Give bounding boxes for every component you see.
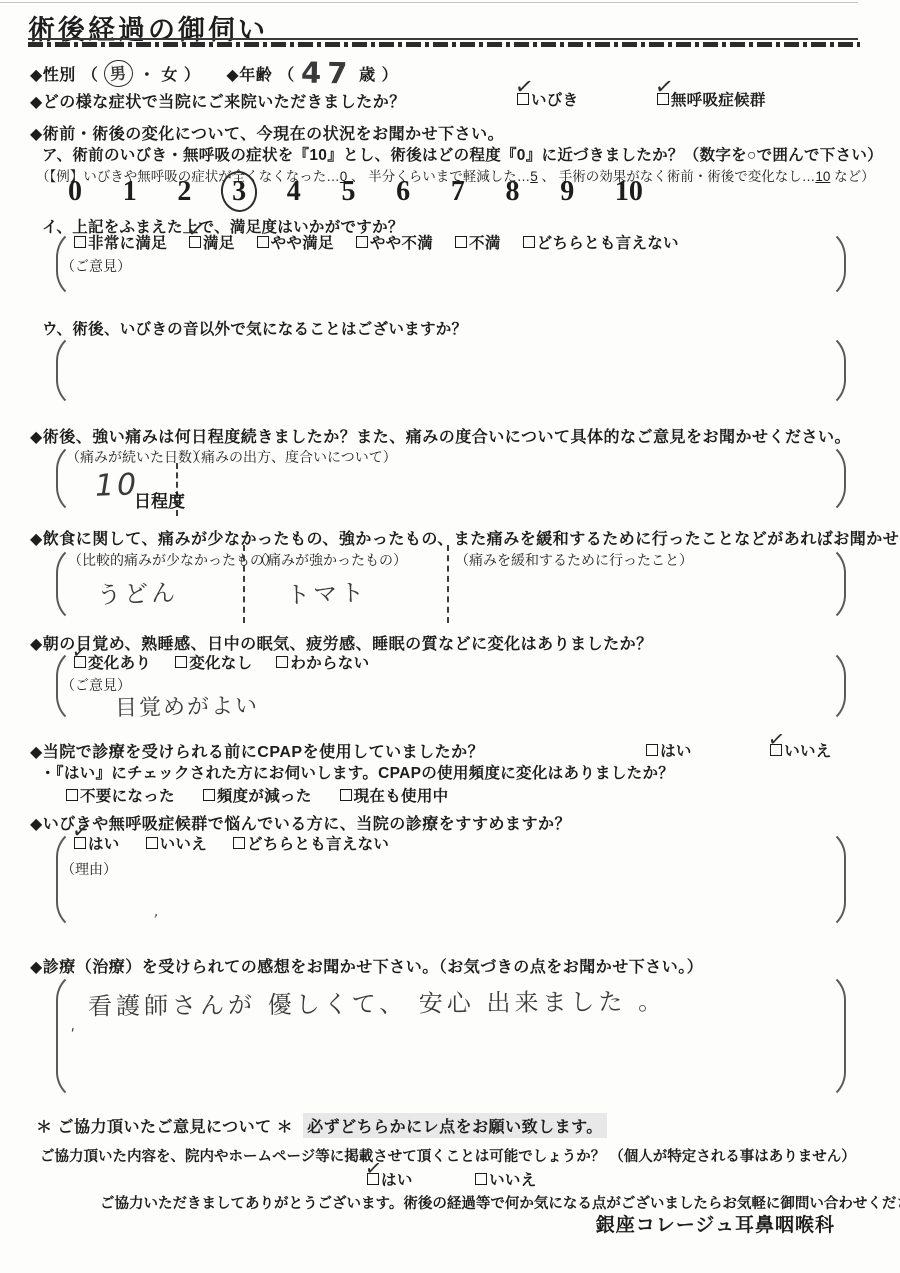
- checkbox-recommend-iie[interactable]: いいえ: [146, 832, 207, 854]
- diet-col3-label: （痛みを緩和するために行ったこと）: [455, 550, 693, 570]
- diet-col2-handwritten[interactable]: トマト: [285, 573, 367, 611]
- scan-artifact: [0, 2, 858, 3]
- age-label: ◆年齢: [226, 62, 272, 85]
- pain-days-unit: 日程度: [134, 487, 185, 512]
- recommend-options: ✓はい いいえ どちらとも言えない: [74, 832, 389, 854]
- diet-divider-2: [447, 545, 449, 623]
- checkbox-wakaranai[interactable]: わからない: [276, 651, 369, 673]
- checkbox-label: いいえ: [489, 1168, 536, 1190]
- checkbox-yaya-manzoku[interactable]: やや満足: [257, 231, 334, 253]
- change-question-a: ア、術前のいびき・無呼吸の症状を『10』とし、術後はどの程度『0』に近づきました…: [42, 143, 883, 165]
- other-concerns-box[interactable]: [56, 331, 846, 410]
- sex-paren-open: （: [82, 62, 99, 85]
- scale-3-selected[interactable]: 3: [232, 176, 246, 208]
- checkbox-square: [189, 236, 201, 248]
- checkbox-label: わからない: [290, 651, 369, 673]
- impression-handwritten: 看護師さんが 優しくて、 安心 出来ました 。: [88, 981, 666, 1021]
- pain-days-label: （痛みが続いた日数）: [66, 447, 206, 467]
- checkbox-label: どちらとも言えない: [537, 231, 679, 253]
- symptoms-question: ◆どの様な症状で当院にご来院いただきましたか？: [30, 89, 406, 112]
- scale-8[interactable]: 8: [506, 176, 520, 208]
- scale-7[interactable]: 7: [451, 176, 465, 208]
- checkbox-square: [175, 656, 187, 668]
- checkbox-cpap-iie[interactable]: ✓いいえ: [770, 739, 831, 761]
- cpap-followup: ・『はい』にチェックされた方にお伺いします。CPAPの使用頻度に変化はありました…: [40, 761, 674, 783]
- checkbox-fuman[interactable]: 不満: [455, 231, 501, 253]
- sleep-opinion-handwritten[interactable]: 目覚めがよい: [115, 689, 260, 723]
- opinion-label: （ご意見）: [61, 256, 131, 276]
- clinic-name: 銀座コレージュ耳鼻咽喉科: [596, 1210, 835, 1237]
- checkbox-square: [657, 93, 669, 105]
- scale-10[interactable]: 10: [615, 176, 643, 208]
- diet-col1-label: （比較的痛みが少なかったもの）: [68, 550, 278, 570]
- checkbox-henka-ari[interactable]: ✓変化あり: [74, 651, 151, 673]
- scale-9[interactable]: 9: [560, 176, 574, 208]
- checkbox-square: [455, 236, 467, 248]
- sex-separator: ・: [139, 62, 156, 85]
- sex-label: ◆性別: [30, 62, 76, 85]
- checkbox-label: いいえ: [160, 832, 207, 854]
- checkbox-square: [646, 744, 658, 756]
- checkbox-cpap-hai[interactable]: はい: [646, 739, 692, 761]
- example-num-10: 10: [815, 169, 830, 184]
- checkbox-square: [257, 236, 269, 248]
- checkbox-manzoku[interactable]: ✓満足: [189, 231, 235, 253]
- checkbox-recommend-dochiratomo[interactable]: どちらとも言えない: [233, 832, 389, 854]
- scale-2[interactable]: 2: [177, 176, 191, 208]
- checkbox-label: いいえ: [784, 739, 831, 761]
- diet-col2-label: （痛みが強かったもの）: [253, 550, 407, 570]
- scale-5[interactable]: 5: [341, 176, 355, 208]
- checkbox-label: 頻度が減った: [217, 784, 312, 806]
- checkbox-square: [340, 789, 352, 801]
- checkbox-square: [523, 236, 535, 248]
- cpap-question: ◆当院で診療を受けられる前にCPAPを使用していましたか？: [30, 739, 484, 762]
- checkbox-hijoni-manzoku[interactable]: 非常に満足: [74, 231, 167, 253]
- scale-4[interactable]: 4: [287, 176, 301, 208]
- checkbox-label: 変化あり: [88, 651, 151, 673]
- satisfaction-options: 非常に満足 ✓満足 やや満足 やや不満 不満 どちらとも言えない: [74, 231, 679, 253]
- diet-col1-handwritten[interactable]: うどん: [96, 573, 178, 611]
- age-value-handwritten[interactable]: 47: [300, 56, 353, 91]
- checkbox-mukokyu[interactable]: ✓ 無呼吸症候群: [657, 88, 766, 110]
- checkbox-label: 変化なし: [189, 651, 252, 673]
- sex-female[interactable]: 女: [161, 62, 178, 85]
- checkbox-henka-nashi[interactable]: 変化なし: [175, 651, 252, 673]
- checkbox-publish-iie[interactable]: いいえ: [475, 1168, 536, 1190]
- checkbox-label: はい: [660, 739, 692, 761]
- sex-paren-close: ）: [184, 62, 201, 85]
- checkbox-label: やや不満: [370, 231, 433, 253]
- age-paren-close: ）: [382, 62, 399, 85]
- checkbox-square: [203, 789, 215, 801]
- checkbox-square: [276, 656, 288, 668]
- checkbox-recommend-hai[interactable]: ✓はい: [74, 832, 120, 854]
- profile-row: ◆性別 （ 男 ・ 女 ） ◆年齢 （ 47 歳 ）: [30, 56, 398, 90]
- checkbox-square: [475, 1173, 487, 1185]
- checkbox-square: [356, 236, 368, 248]
- checkbox-publish-hai[interactable]: ✓はい: [367, 1168, 413, 1190]
- checkbox-label: いびき: [531, 88, 578, 110]
- checkbox-square: [66, 789, 78, 801]
- checkbox-square: [367, 1173, 379, 1185]
- checkbox-label: 満足: [203, 231, 235, 253]
- checkbox-square: [74, 837, 86, 849]
- handwritten-circle: [218, 169, 259, 215]
- severity-scale: 0 1 2 3 4 5 6 7 8 9 10: [68, 176, 643, 208]
- sleep-options: ✓変化あり 変化なし わからない: [74, 651, 369, 673]
- reason-label: （理由）: [61, 859, 117, 879]
- example-text: など）: [830, 169, 874, 184]
- checkbox-label: 現在も使用中: [354, 784, 449, 806]
- checkbox-label: はい: [381, 1168, 413, 1190]
- checkbox-square: [74, 236, 86, 248]
- checkbox-label: 不要になった: [80, 784, 175, 806]
- checkbox-fuyo[interactable]: 不要になった: [66, 784, 175, 806]
- checkbox-hindo-hetta[interactable]: 頻度が減った: [203, 784, 312, 806]
- scale-6[interactable]: 6: [396, 176, 410, 208]
- publish-question: ご協力頂いた内容を、院内やホームページ等に掲載させて頂くことは可能でしょうか？ …: [40, 1145, 856, 1166]
- footer-note-highlight: 必ずどちらかにレ点をお願い致します。: [303, 1113, 607, 1138]
- change-header: ◆術前・術後の変化について、今現在の状況をお聞かせ下さい。: [30, 121, 504, 144]
- checkbox-square: [517, 93, 529, 105]
- questionnaire-page: 術後経過の御伺い ◆性別 （ 男 ・ 女 ） ◆年齢 （ 47 歳 ） ◆どの様…: [0, 0, 900, 1273]
- footer-note-left: ＊ ご協力頂いたご意見について ＊: [36, 1114, 293, 1137]
- footer-note-row: ＊ ご協力頂いたご意見について ＊ 必ずどちらかにレ点をお願い致します。: [36, 1113, 607, 1138]
- checkbox-yaya-fuman[interactable]: やや不満: [356, 231, 433, 253]
- cpap-followup-options: 不要になった 頻度が減った 現在も使用中: [66, 784, 448, 806]
- checkbox-label: やや満足: [271, 231, 334, 253]
- sex-male-circled[interactable]: 男: [103, 58, 134, 87]
- checkbox-square: [770, 744, 782, 756]
- age-paren-open: （: [278, 62, 295, 85]
- checkbox-label: 無呼吸症候群: [671, 88, 766, 110]
- age-unit: 歳: [359, 62, 376, 85]
- checkbox-label: どちらとも言えない: [247, 832, 389, 854]
- checkbox-ibiki[interactable]: ✓ いびき: [517, 88, 578, 110]
- scale-0[interactable]: 0: [68, 176, 82, 208]
- checkbox-dochiratomo[interactable]: どちらとも言えない: [523, 231, 679, 253]
- header-divider: [28, 42, 860, 47]
- diet-divider-1: [243, 545, 245, 623]
- checkbox-genzai-shiyochu[interactable]: 現在も使用中: [340, 784, 449, 806]
- checkbox-square: [146, 837, 158, 849]
- checkbox-label: はい: [88, 832, 120, 854]
- title-underline: [28, 38, 858, 40]
- checkbox-square: [233, 837, 245, 849]
- checkbox-square: [74, 656, 86, 668]
- checkbox-label: 不満: [469, 231, 501, 253]
- pain-detail-label: （痛みの出方、度合いについて）: [187, 447, 397, 467]
- scale-1[interactable]: 1: [123, 176, 137, 208]
- pain-days-handwritten[interactable]: 10: [94, 467, 139, 504]
- checkbox-label: 非常に満足: [88, 231, 167, 253]
